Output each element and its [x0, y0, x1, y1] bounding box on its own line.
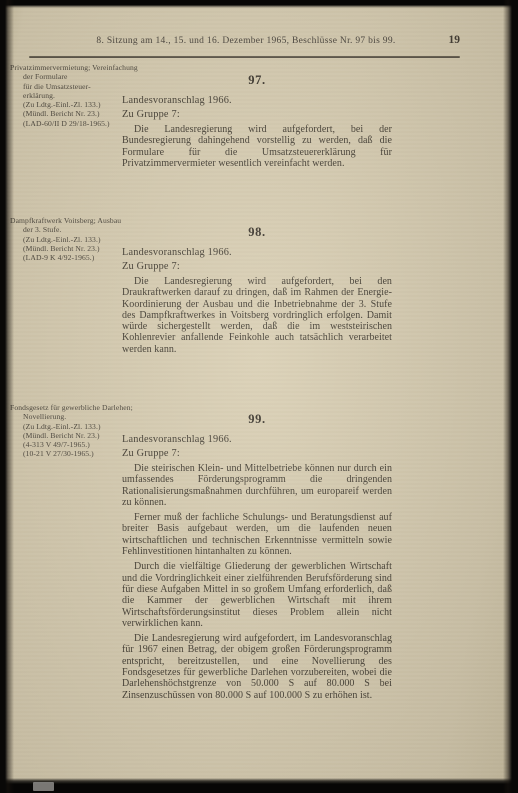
binder-mark — [33, 782, 54, 791]
section-paragraph: Ferner muß der fachliche Schulungs- und … — [122, 512, 392, 557]
section-group: Zu Gruppe 7: — [122, 261, 392, 272]
scan-edge-top — [0, 0, 518, 8]
section-paragraph: Die steirischen Klein- und Mittelbetrieb… — [122, 463, 392, 508]
margin-note-line: Dampfkraftwerk Voitsberg; Ausbau — [10, 216, 185, 225]
section-number: 97. — [122, 73, 392, 87]
scanned-document-page: 8. Sitzung am 14., 15. und 16. Dezember … — [0, 0, 518, 793]
section-paragraph: Die Landesregierung wird aufgefordert, b… — [122, 276, 392, 355]
section-number: 99. — [122, 412, 392, 426]
running-head-title: 8. Sitzung am 14., 15. und 16. Dezember … — [60, 36, 432, 46]
scan-edge-right — [503, 0, 518, 793]
margin-note-line: Fondsgesetz für gewerbliche Darlehen; — [10, 403, 185, 412]
section-paragraph: Die Landesregierung wird aufgefordert, b… — [122, 124, 392, 169]
header-rule — [29, 56, 460, 58]
section-paragraph: Durch die vielfältige Gliederung der gew… — [122, 561, 392, 629]
section-97: 97. Landesvoranschlag 1966. Zu Gruppe 7:… — [122, 73, 392, 169]
section-group: Zu Gruppe 7: — [122, 109, 392, 120]
scan-edge-left — [0, 0, 14, 793]
section-subtitle: Landesvoranschlag 1966. — [122, 434, 392, 445]
scan-edge-bottom — [0, 778, 518, 793]
page-number: 19 — [432, 34, 460, 46]
section-subtitle: Landesvoranschlag 1966. — [122, 247, 392, 258]
section-paragraph: Die Landesregierung wird aufgefordert, i… — [122, 633, 392, 701]
section-number: 98. — [122, 225, 392, 239]
section-99: 99. Landesvoranschlag 1966. Zu Gruppe 7:… — [122, 412, 392, 701]
section-98: 98. Landesvoranschlag 1966. Zu Gruppe 7:… — [122, 225, 392, 355]
section-subtitle: Landesvoranschlag 1966. — [122, 95, 392, 106]
margin-note-line: Privatzimmervermietung; Vereinfachung — [10, 63, 185, 72]
section-group: Zu Gruppe 7: — [122, 448, 392, 459]
